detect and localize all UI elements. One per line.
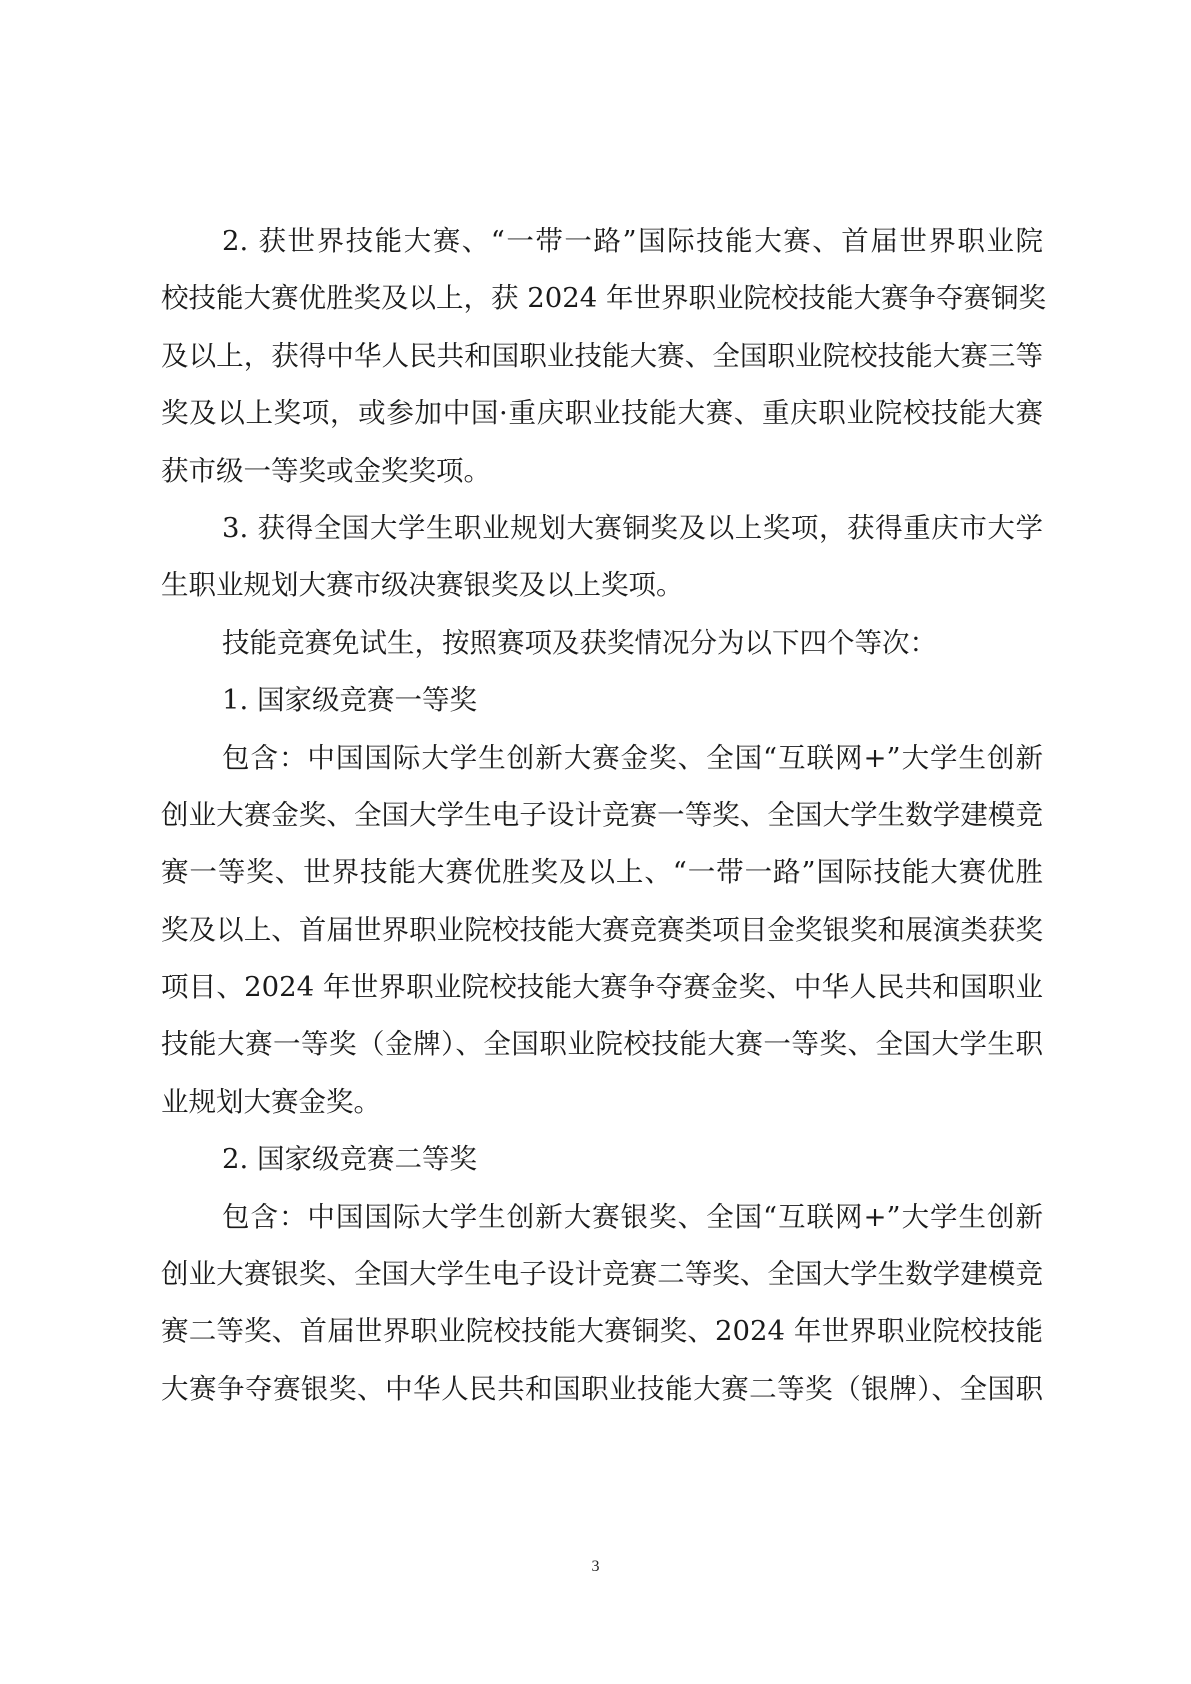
text-line: 生职业规划大赛市级决赛银奖及以上奖项。 <box>161 557 1043 614</box>
text-line: 包含：中国国际大学生创新大赛金奖、全国“互联网+”大学生创新 <box>161 730 1043 787</box>
text-line: 3. 获得全国大学生职业规划大赛铜奖及以上奖项，获得重庆市大学 <box>161 500 1043 557</box>
text-line: 获市级一等奖或金奖奖项。 <box>161 443 1043 500</box>
heading-text: 2. 国家级竞赛二等奖 <box>161 1131 1043 1188</box>
text-line: 创业大赛金奖、全国大学生电子设计竞赛一等奖、全国大学生数学建模竞 <box>161 787 1043 844</box>
text-line: 大赛争夺赛银奖、中华人民共和国职业技能大赛二等奖（银牌）、全国职 <box>161 1361 1043 1418</box>
section-heading-level-2: 2. 国家级竞赛二等奖 <box>161 1131 1043 1188</box>
text-line: 业规划大赛金奖。 <box>161 1074 1043 1131</box>
page-number: 3 <box>0 1558 1191 1576</box>
text-line: 奖及以上奖项，或参加中国·重庆职业技能大赛、重庆职业院校技能大赛 <box>161 385 1043 442</box>
text-line: 及以上，获得中华人民共和国职业技能大赛、全国职业院校技能大赛三等 <box>161 328 1043 385</box>
section-heading-level-1: 1. 国家级竞赛一等奖 <box>161 672 1043 729</box>
paragraph-level-1-body: 包含：中国国际大学生创新大赛金奖、全国“互联网+”大学生创新 创业大赛金奖、全国… <box>161 730 1043 1132</box>
page-body: 2. 获世界技能大赛、“一带一路”国际技能大赛、首届世界职业院 校技能大赛优胜奖… <box>161 213 1043 1418</box>
paragraph-intro: 技能竞赛免试生，按照赛项及获奖情况分为以下四个等次： <box>161 615 1043 672</box>
paragraph-level-2-body: 包含：中国国际大学生创新大赛银奖、全国“互联网+”大学生创新 创业大赛银奖、全国… <box>161 1189 1043 1419</box>
paragraph-item-2: 2. 获世界技能大赛、“一带一路”国际技能大赛、首届世界职业院 校技能大赛优胜奖… <box>161 213 1043 500</box>
text-line: 奖及以上、首届世界职业院校技能大赛竞赛类项目金奖银奖和展演类获奖 <box>161 902 1043 959</box>
text-line: 项目、2024 年世界职业院校技能大赛争夺赛金奖、中华人民共和国职业 <box>161 959 1043 1016</box>
paragraph-item-3: 3. 获得全国大学生职业规划大赛铜奖及以上奖项，获得重庆市大学 生职业规划大赛市… <box>161 500 1043 615</box>
document-page: 2. 获世界技能大赛、“一带一路”国际技能大赛、首届世界职业院 校技能大赛优胜奖… <box>0 0 1191 1684</box>
text-line: 包含：中国国际大学生创新大赛银奖、全国“互联网+”大学生创新 <box>161 1189 1043 1246</box>
text-line: 创业大赛银奖、全国大学生电子设计竞赛二等奖、全国大学生数学建模竞 <box>161 1246 1043 1303</box>
text-line: 校技能大赛优胜奖及以上，获 2024 年世界职业院校技能大赛争夺赛铜奖 <box>161 270 1043 327</box>
text-line: 技能竞赛免试生，按照赛项及获奖情况分为以下四个等次： <box>161 615 1043 672</box>
text-line: 2. 获世界技能大赛、“一带一路”国际技能大赛、首届世界职业院 <box>161 213 1043 270</box>
text-line: 赛二等奖、首届世界职业院校技能大赛铜奖、2024 年世界职业院校技能 <box>161 1303 1043 1360</box>
text-line: 赛一等奖、世界技能大赛优胜奖及以上、“一带一路”国际技能大赛优胜 <box>161 844 1043 901</box>
heading-text: 1. 国家级竞赛一等奖 <box>161 672 1043 729</box>
text-line: 技能大赛一等奖（金牌）、全国职业院校技能大赛一等奖、全国大学生职 <box>161 1016 1043 1073</box>
